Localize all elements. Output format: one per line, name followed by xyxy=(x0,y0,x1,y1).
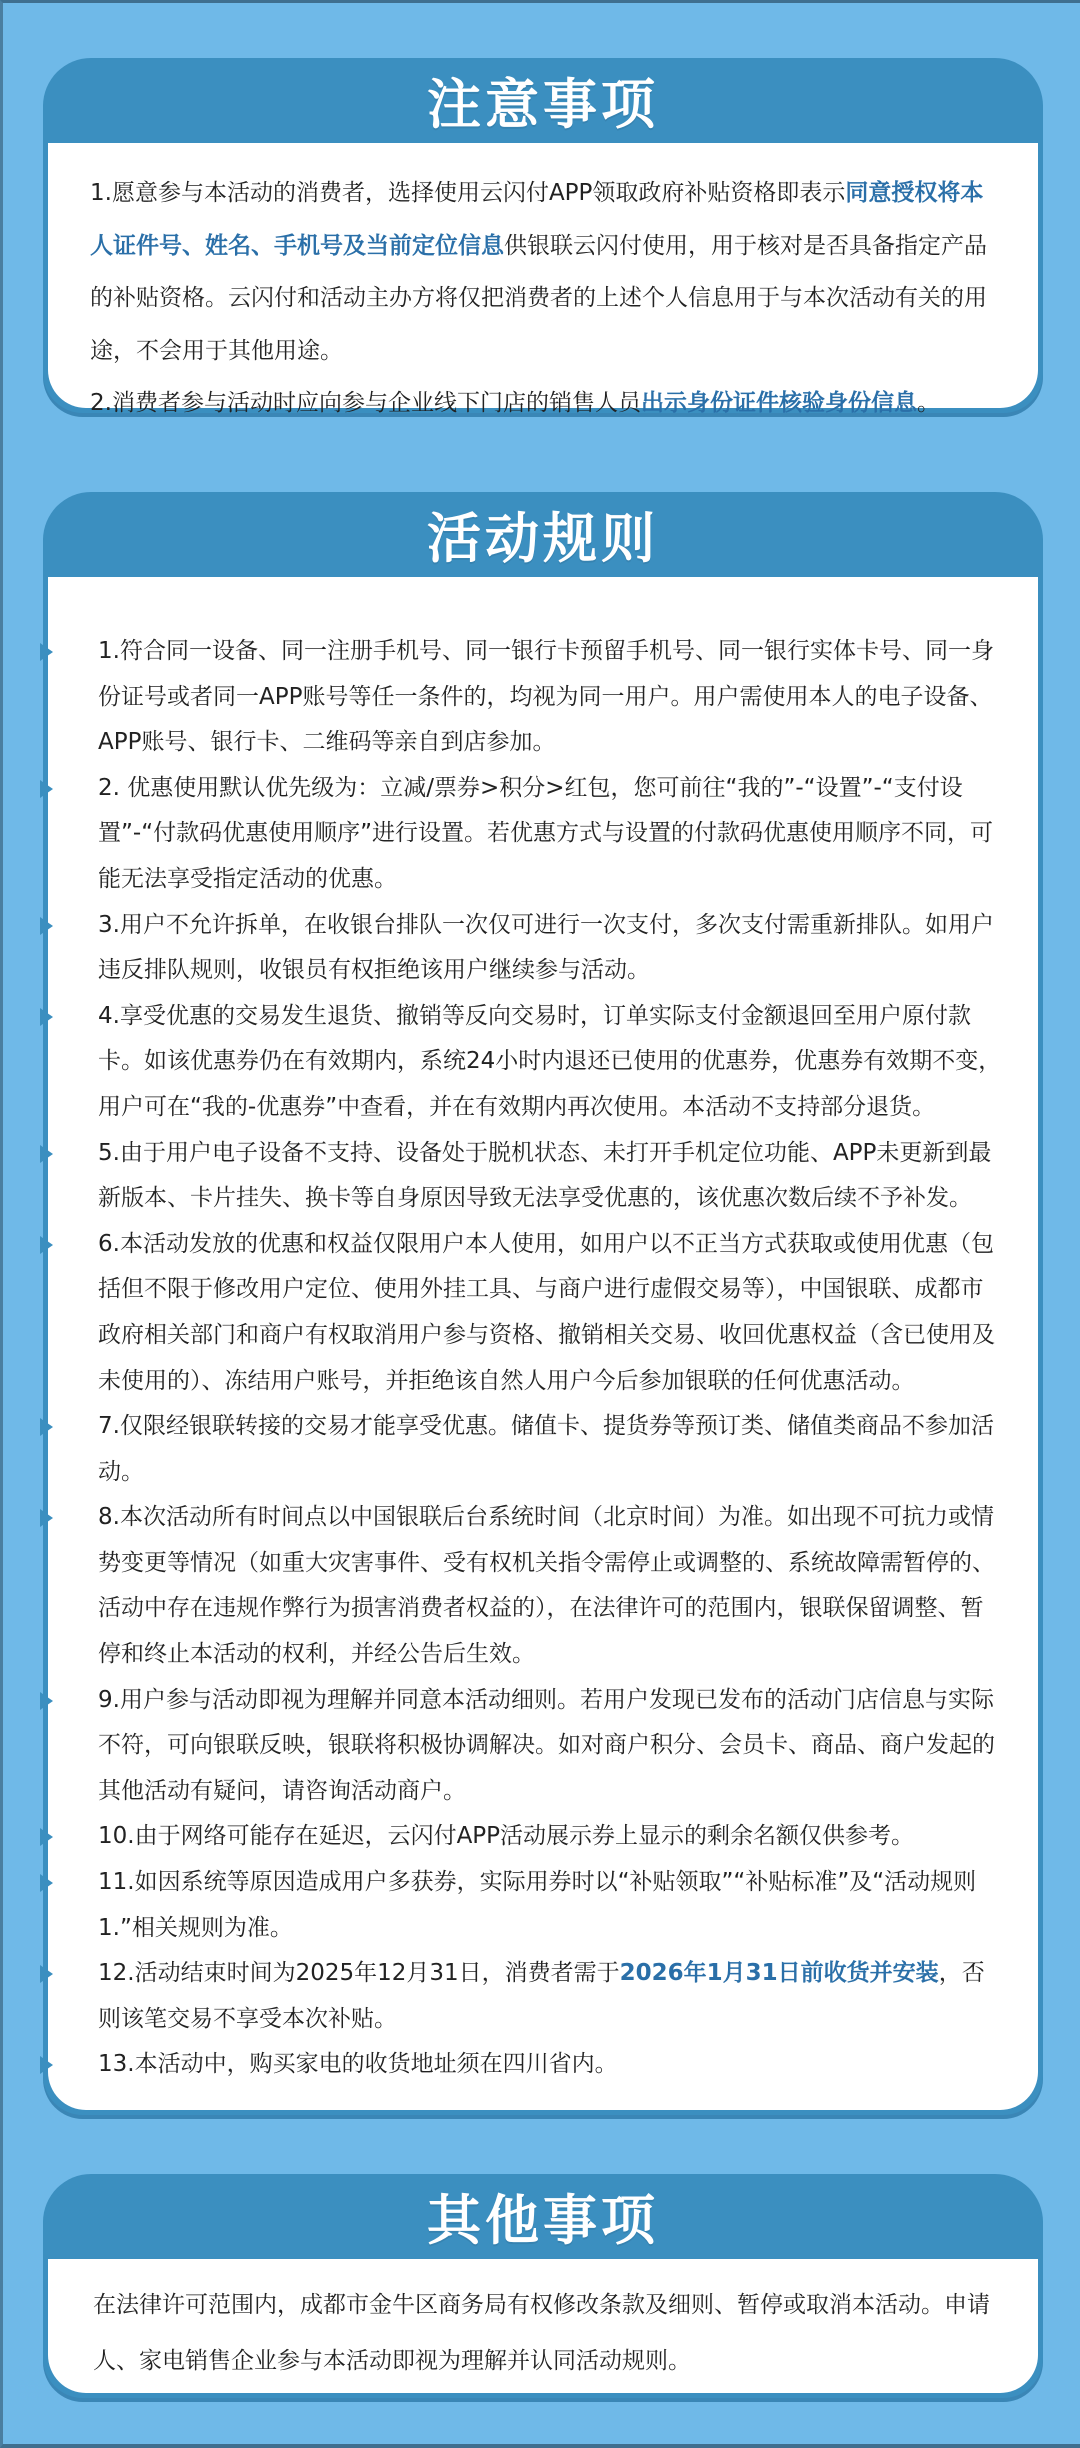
rule-item: 8.本次活动所有时间点以中国银联后台系统时间（北京时间）为准。如出现不可抗力或情… xyxy=(98,1495,1002,1677)
triangle-bullet-icon xyxy=(40,1965,53,1983)
notice-item-2: 2.消费者参与活动时应向参与企业线下门店的销售人员出示身份证件核验身份信息。 xyxy=(90,377,994,413)
rule-text: 12.活动结束时间为2025年12月31日，消费者需于 xyxy=(98,1960,620,1986)
rule-highlight: 2026年1月31日前收货并安装 xyxy=(620,1960,939,1986)
rule-item: 10.由于网络可能存在延迟，云闪付APP活动展示券上显示的剩余名额仅供参考。 xyxy=(98,1814,1002,1860)
triangle-bullet-icon xyxy=(40,780,53,798)
rule-text: 6.本活动发放的优惠和权益仅限用户本人使用，如用户以不正当方式获取或使用优惠（包… xyxy=(98,1231,995,1394)
rule-text: 8.本次活动所有时间点以中国银联后台系统时间（北京时间）为准。如出现不可抗力或情… xyxy=(98,1504,995,1667)
rule-text: 1.符合同一设备、同一注册手机号、同一银行卡预留手机号、同一银行实体卡号、同一身… xyxy=(98,638,994,755)
rule-item: 2. 优惠使用默认优先级为：立减/票券>积分>红包，您可前往“我的”-“设置”-… xyxy=(98,766,1002,903)
rule-text: 4.享受优惠的交易发生退货、撤销等反向交易时，订单实际支付金额退回至用户原付款卡… xyxy=(98,1003,1001,1120)
rule-item: 4.享受优惠的交易发生退货、撤销等反向交易时，订单实际支付金额退回至用户原付款卡… xyxy=(98,994,1002,1131)
notice-item-2-text-end: 。 xyxy=(917,390,940,413)
rules-body: 1.符合同一设备、同一注册手机号、同一银行卡预留手机号、同一银行实体卡号、同一身… xyxy=(48,577,1038,2110)
other-text: 在法律许可范围内，成都市金牛区商务局有权修改条款及细则、暂停或取消本活动。申请人… xyxy=(93,2277,994,2389)
rule-item: 1.符合同一设备、同一注册手机号、同一银行卡预留手机号、同一银行实体卡号、同一身… xyxy=(98,629,1002,766)
triangle-bullet-icon xyxy=(40,1236,53,1254)
triangle-bullet-icon xyxy=(40,1145,53,1163)
triangle-bullet-icon xyxy=(40,643,53,661)
triangle-bullet-icon xyxy=(40,1874,53,1892)
rule-item: 5.由于用户电子设备不支持、设备处于脱机状态、未打开手机定位功能、APP未更新到… xyxy=(98,1131,1002,1222)
triangle-bullet-icon xyxy=(40,917,53,935)
rule-item: 3.用户不允许拆单，在收银台排队一次仅可进行一次支付，多次支付需重新排队。如用户… xyxy=(98,903,1002,994)
rules-card: 活动规则 1.符合同一设备、同一注册手机号、同一银行卡预留手机号、同一银行实体卡… xyxy=(43,492,1043,2115)
triangle-bullet-icon xyxy=(40,1418,53,1436)
notice-title: 注意事项 xyxy=(427,62,659,139)
rule-item: 7.仅限经银联转接的交易才能享受优惠。储值卡、提货券等预订类、储值类商品不参加活… xyxy=(98,1404,1002,1495)
triangle-bullet-icon xyxy=(40,1692,53,1710)
rule-text: 3.用户不允许拆单，在收银台排队一次仅可进行一次支付，多次支付需重新排队。如用户… xyxy=(98,912,994,984)
notice-body: 1.愿意参与本活动的消费者，选择使用云闪付APP领取政府补贴资格即表示同意授权将… xyxy=(48,143,1038,408)
notice-card: 注意事项 1.愿意参与本活动的消费者，选择使用云闪付APP领取政府补贴资格即表示… xyxy=(43,58,1043,413)
rule-text: 5.由于用户电子设备不支持、设备处于脱机状态、未打开手机定位功能、APP未更新到… xyxy=(98,1140,991,1212)
triangle-bullet-icon xyxy=(40,1828,53,1846)
rule-text: 2. 优惠使用默认优先级为：立减/票券>积分>红包，您可前往“我的”-“设置”-… xyxy=(98,775,993,892)
notice-header: 注意事项 xyxy=(43,58,1043,143)
triangle-bullet-icon xyxy=(40,1008,53,1026)
other-card: 其他事项 在法律许可范围内，成都市金牛区商务局有权修改条款及细则、暂停或取消本活… xyxy=(43,2174,1043,2398)
rule-item: 6.本活动发放的优惠和权益仅限用户本人使用，如用户以不正当方式获取或使用优惠（包… xyxy=(98,1222,1002,1404)
notice-item-1: 1.愿意参与本活动的消费者，选择使用云闪付APP领取政府补贴资格即表示同意授权将… xyxy=(90,167,994,377)
rules-header: 活动规则 xyxy=(43,492,1043,577)
other-body: 在法律许可范围内，成都市金牛区商务局有权修改条款及细则、暂停或取消本活动。申请人… xyxy=(48,2259,1038,2393)
rule-text: 9.用户参与活动即视为理解并同意本活动细则。若用户发现已发布的活动门店信息与实际… xyxy=(98,1687,995,1804)
triangle-bullet-icon xyxy=(40,1509,53,1527)
rules-title: 活动规则 xyxy=(427,496,659,573)
notice-item-2-highlight: 出示身份证件核验身份信息 xyxy=(641,390,917,413)
other-header: 其他事项 xyxy=(43,2174,1043,2259)
notice-item-2-text: 2.消费者参与活动时应向参与企业线下门店的销售人员 xyxy=(90,390,641,413)
rule-item: 12.活动结束时间为2025年12月31日，消费者需于2026年1月31日前收货… xyxy=(98,1951,1002,2042)
other-title: 其他事项 xyxy=(427,2178,659,2255)
rule-item: 13.本活动中，购买家电的收货地址须在四川省内。 xyxy=(98,2042,1002,2088)
triangle-bullet-icon xyxy=(40,2056,53,2074)
rule-item: 11.如因系统等原因造成用户多获券，实际用券时以“补贴领取”“补贴标准”及“活动… xyxy=(98,1860,1002,1951)
rule-text: 10.由于网络可能存在延迟，云闪付APP活动展示券上显示的剩余名额仅供参考。 xyxy=(98,1823,914,1849)
rule-text: 11.如因系统等原因造成用户多获券，实际用券时以“补贴领取”“补贴标准”及“活动… xyxy=(98,1869,976,1941)
rule-text: 7.仅限经银联转接的交易才能享受优惠。储值卡、提货券等预订类、储值类商品不参加活… xyxy=(98,1413,994,1485)
rule-item: 9.用户参与活动即视为理解并同意本活动细则。若用户发现已发布的活动门店信息与实际… xyxy=(98,1678,1002,1815)
notice-item-1-text: 1.愿意参与本活动的消费者，选择使用云闪付APP领取政府补贴资格即表示 xyxy=(90,180,845,206)
rule-text: 13.本活动中，购买家电的收货地址须在四川省内。 xyxy=(98,2051,618,2077)
